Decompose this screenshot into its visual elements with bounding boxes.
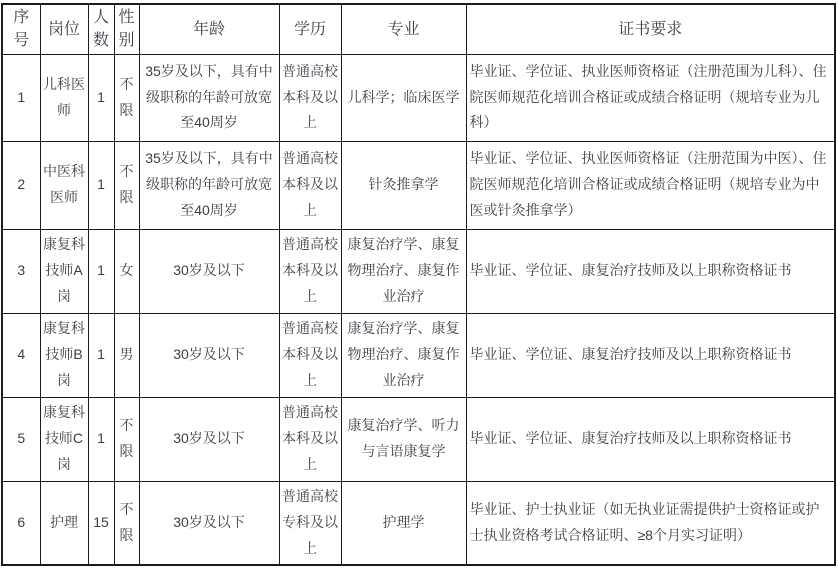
- cell-age: 35岁及以下，具有中级职称的年龄可放宽至40周岁: [139, 141, 279, 229]
- table-row: 3 康复科技师A岗 1 女 30岁及以下 普通高校本科及以上 康复治疗学、康复物…: [2, 229, 835, 313]
- cell-gender: 不限: [114, 481, 139, 565]
- cell-major: 康复治疗学、康复物理治疗、康复作业治疗: [341, 229, 466, 313]
- cell-seq: 1: [2, 54, 40, 141]
- cell-gender: 女: [114, 229, 139, 313]
- cell-count: 1: [88, 313, 114, 397]
- cell-position: 中医科医师: [40, 141, 88, 229]
- cell-seq: 3: [2, 229, 40, 313]
- table-row: 1 儿科医师 1 不限 35岁及以下，具有中级职称的年龄可放宽至40周岁 普通高…: [2, 54, 835, 141]
- cell-position: 康复科技师B岗: [40, 313, 88, 397]
- cell-count: 15: [88, 481, 114, 565]
- header-education: 学历: [279, 4, 341, 54]
- cell-major: 康复治疗学、康复物理治疗、康复作业治疗: [341, 313, 466, 397]
- cell-education: 普通高校本科及以上: [279, 313, 341, 397]
- cell-seq: 5: [2, 397, 40, 481]
- cell-certificate: 毕业证、学位证、康复治疗技师及以上职称资格证书: [466, 229, 835, 313]
- header-certificate: 证书要求: [466, 4, 835, 54]
- cell-gender: 不限: [114, 141, 139, 229]
- cell-age: 30岁及以下: [139, 229, 279, 313]
- cell-age: 30岁及以下: [139, 481, 279, 565]
- cell-count: 1: [88, 54, 114, 141]
- cell-gender: 不限: [114, 54, 139, 141]
- cell-age: 30岁及以下: [139, 313, 279, 397]
- cell-age: 30岁及以下: [139, 397, 279, 481]
- cell-education: 普通高校本科及以上: [279, 54, 341, 141]
- cell-certificate: 毕业证、学位证、执业医师资格证（注册范围为中医）、住院医师规范化培训合格证或成绩…: [466, 141, 835, 229]
- cell-position: 康复科技师A岗: [40, 229, 88, 313]
- header-age: 年龄: [139, 4, 279, 54]
- cell-education: 普通高校专科及以上: [279, 481, 341, 565]
- cell-certificate: 毕业证、学位证、康复治疗技师及以上职称资格证书: [466, 397, 835, 481]
- cell-seq: 2: [2, 141, 40, 229]
- cell-seq: 4: [2, 313, 40, 397]
- cell-education: 普通高校本科及以上: [279, 397, 341, 481]
- cell-major: 儿科学；临床医学: [341, 54, 466, 141]
- cell-gender: 男: [114, 313, 139, 397]
- cell-age: 35岁及以下，具有中级职称的年龄可放宽至40周岁: [139, 54, 279, 141]
- cell-major: 康复治疗学、听力与言语康复学: [341, 397, 466, 481]
- cell-education: 普通高校本科及以上: [279, 141, 341, 229]
- header-position: 岗位: [40, 4, 88, 54]
- cell-certificate: 毕业证、护士执业证（如无执业证需提供护士资格证或护士执业资格考试合格证明、≥8个…: [466, 481, 835, 565]
- cell-count: 1: [88, 397, 114, 481]
- recruitment-table: 序 号 岗位 人 数 性 别 年龄 学历 专业 证书要求 1 儿科医师 1 不限…: [1, 3, 836, 566]
- table-row: 6 护理 15 不限 30岁及以下 普通高校专科及以上 护理学 毕业证、护士执业…: [2, 481, 835, 565]
- cell-education: 普通高校本科及以上: [279, 229, 341, 313]
- header-count: 人 数: [88, 4, 114, 54]
- cell-major: 护理学: [341, 481, 466, 565]
- cell-position: 护理: [40, 481, 88, 565]
- cell-count: 1: [88, 141, 114, 229]
- cell-count: 1: [88, 229, 114, 313]
- cell-major: 针灸推拿学: [341, 141, 466, 229]
- header-gender: 性 别: [114, 4, 139, 54]
- table-row: 2 中医科医师 1 不限 35岁及以下，具有中级职称的年龄可放宽至40周岁 普通…: [2, 141, 835, 229]
- header-major: 专业: [341, 4, 466, 54]
- header-row: 序 号 岗位 人 数 性 别 年龄 学历 专业 证书要求: [2, 4, 835, 54]
- table-row: 5 康复科技师C岗 1 不限 30岁及以下 普通高校本科及以上 康复治疗学、听力…: [2, 397, 835, 481]
- cell-gender: 不限: [114, 397, 139, 481]
- cell-position: 康复科技师C岗: [40, 397, 88, 481]
- table-row: 4 康复科技师B岗 1 男 30岁及以下 普通高校本科及以上 康复治疗学、康复物…: [2, 313, 835, 397]
- cell-certificate: 毕业证、学位证、康复治疗技师及以上职称资格证书: [466, 313, 835, 397]
- cell-position: 儿科医师: [40, 54, 88, 141]
- cell-certificate: 毕业证、学位证、执业医师资格证（注册范围为儿科）、住院医师规范化培训合格证或成绩…: [466, 54, 835, 141]
- header-seq: 序 号: [2, 4, 40, 54]
- cell-seq: 6: [2, 481, 40, 565]
